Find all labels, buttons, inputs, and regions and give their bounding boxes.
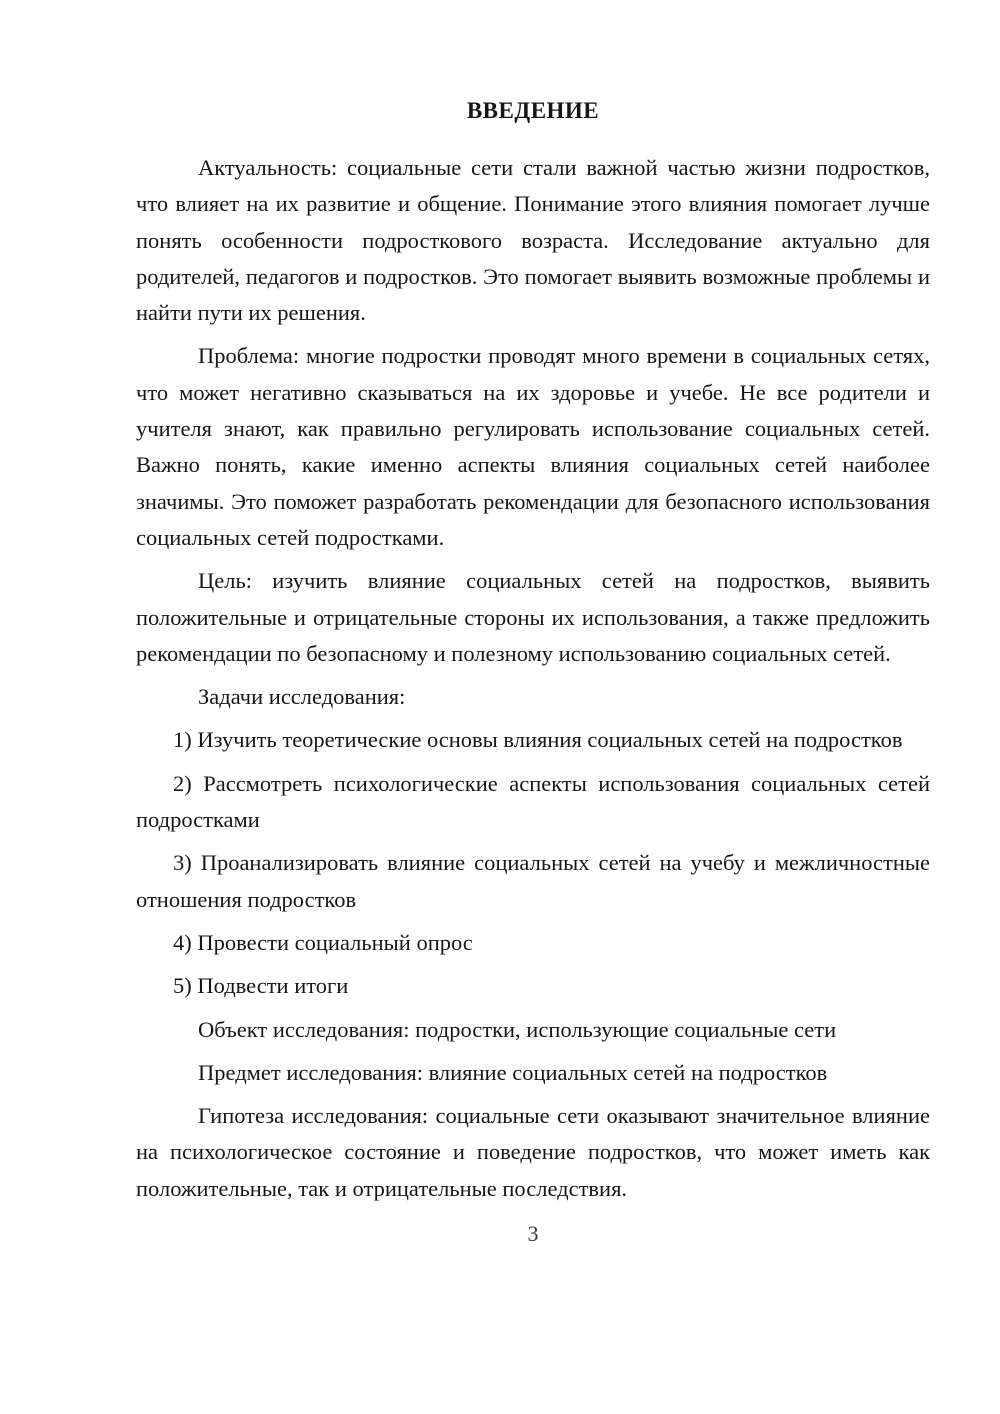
task-item-2: 2) Рассмотреть психологические аспекты и…: [136, 766, 930, 839]
task-item-5: 5) Подвести итоги: [136, 968, 930, 1004]
paragraph-research-object: Объект исследования: подростки, использу…: [136, 1012, 930, 1048]
paragraph-problem: Проблема: многие подростки проводят мног…: [136, 338, 930, 556]
document-page: ВВЕДЕНИЕ Актуальность: социальные сети с…: [0, 0, 1000, 1414]
paragraph-actuality: Актуальность: социальные сети стали важн…: [136, 150, 930, 331]
paragraph-research-subject: Предмет исследования: влияние социальных…: [136, 1055, 930, 1091]
task-item-3: 3) Проанализировать влияние социальных с…: [136, 845, 930, 918]
section-title: ВВЕДЕНИЕ: [136, 96, 930, 126]
paragraph-hypothesis: Гипотеза исследования: социальные сети о…: [136, 1098, 930, 1207]
task-item-4: 4) Провести социальный опрос: [136, 925, 930, 961]
page-number: 3: [136, 1219, 930, 1249]
paragraph-goal: Цель: изучить влияние социальных сетей н…: [136, 563, 930, 672]
paragraph-tasks-heading: Задачи исследования:: [136, 679, 930, 715]
task-item-1: 1) Изучить теоретические основы влияния …: [136, 722, 930, 758]
